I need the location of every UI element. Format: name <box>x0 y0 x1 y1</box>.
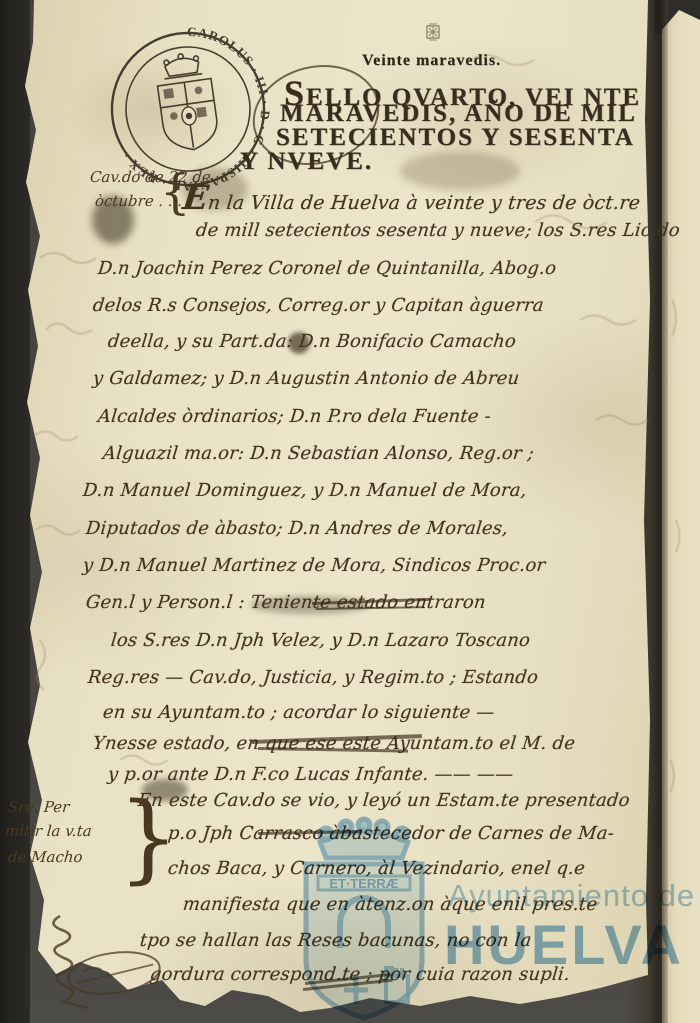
manuscript-line: Gen.l y Person.l : Teniente estado entra… <box>85 592 487 613</box>
manuscript-line: en su Ayuntam.to ; acordar lo siguiente … <box>102 702 496 723</box>
margin-note-subject-line-1: Sre. Per <box>7 798 70 816</box>
manuscript-line: Diputados de àbasto; D.n Andres de Moral… <box>85 518 509 539</box>
printer-ornament-icon <box>424 22 442 42</box>
margin-brace-side: } <box>118 782 179 894</box>
manuscript-line: Alcaldes òrdinarios; D.n P.ro dela Fuent… <box>97 406 492 427</box>
margin-note-subject-line-2: mitir la v.ta <box>4 822 92 840</box>
manuscript-line: deella, y su Part.da: D.n Bonifacio Cama… <box>107 331 517 352</box>
manuscript-line: p.o Jph Carrasco àbastecedor de Carnes d… <box>167 823 615 844</box>
manuscript-line: delos R.s Consejos, Correg.or y Capitan … <box>92 295 545 316</box>
manuscript-line: Reg.res — Cav.do, Justicia, y Regim.to ;… <box>87 667 539 688</box>
manuscript-line: tpo se hallan las Reses bacunas, no con … <box>139 930 533 951</box>
manuscript-line: D.n Joachin Perez Coronel de Quintanilla… <box>97 258 557 279</box>
manuscript-line: En la Villa de Huelva à veinte y tres de… <box>181 178 643 217</box>
manuscript-line: los S.res D.n Jph Velez, y D.n Lazaro To… <box>110 630 531 651</box>
manuscript-line: D.n Manuel Dominguez, y D.n Manuel de Mo… <box>82 480 528 501</box>
manuscript-line: Alguazil ma.or: D.n Sebastian Alonso, Re… <box>102 443 535 464</box>
manuscript-line: de mill setecientos sesenta y nueve; los… <box>195 220 681 241</box>
manuscript-line: chos Baca, y Carnero, àl Vezindario, ene… <box>167 858 586 879</box>
manuscript-line: En este Cav.do se vio, y leyó un Estam.t… <box>137 790 631 811</box>
scanned-manuscript-page: CAROLUS · III · D · G · HISPANIAR · REX … <box>0 0 700 1023</box>
margin-note-subject-line-3: de Macho <box>7 848 83 866</box>
manuscript-line: y D.n Manuel Martinez de Mora, Sindicos … <box>82 555 547 576</box>
manuscript-line: y Galdamez; y D.n Augustin Antonio de Ab… <box>92 368 521 389</box>
manuscript-line: manifiesta que en àtenz.on àque enil pre… <box>182 894 599 915</box>
tax-amount-header: Veinte maravedis. <box>362 52 501 70</box>
